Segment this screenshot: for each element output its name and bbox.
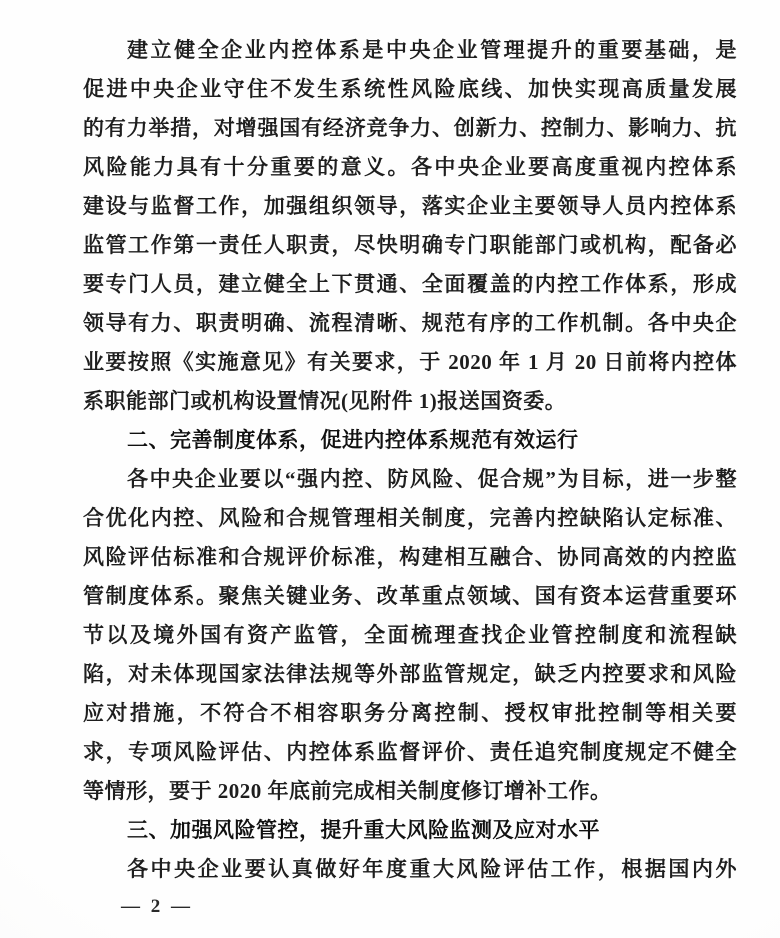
text-line: 促进中央企业守住不发生系统性风险底线、加快实现高质量发展 bbox=[83, 70, 737, 109]
text-line: 合优化内控、风险和合规管理相关制度，完善内控缺陷认定标准、 bbox=[83, 499, 737, 538]
text-line: 系职能部门或机构设置情况(见附件 1)报送国资委。 bbox=[83, 382, 737, 421]
text-line: 监管工作第一责任人职责，尽快明确专门职能部门或机构，配备必 bbox=[83, 226, 737, 265]
page-number: — 2 — bbox=[121, 893, 193, 921]
text-line: 建设与监督工作，加强组织领导，落实企业主要领导人员内控体系 bbox=[83, 187, 737, 226]
text-line: 节以及境外国有资产监管，全面梳理查找企业管控制度和流程缺 bbox=[83, 616, 737, 655]
document-page: 建立健全企业内控体系是中央企业管理提升的重要基础，是 促进中央企业守住不发生系统… bbox=[0, 0, 780, 938]
section-heading-2: 二、完善制度体系，促进内控体系规范有效运行 bbox=[83, 421, 737, 460]
text-line: 等情形，要于 2020 年底前完成相关制度修订增补工作。 bbox=[83, 772, 737, 811]
text-line: 建立健全企业内控体系是中央企业管理提升的重要基础，是 bbox=[83, 31, 737, 70]
text-line: 业要按照《实施意见》有关要求，于 2020 年 1 月 20 日前将内控体 bbox=[83, 343, 737, 382]
text-line: 各中央企业要认真做好年度重大风险评估工作，根据国内外 bbox=[83, 850, 737, 889]
text-line: 应对措施，不符合不相容职务分离控制、授权审批控制等相关要 bbox=[83, 694, 737, 733]
text-line: 求，专项风险评估、内控体系监督评价、责任追究制度规定不健全 bbox=[83, 733, 737, 772]
text-line: 的有力举措，对增强国有经济竞争力、创新力、控制力、影响力、抗 bbox=[83, 109, 737, 148]
text-line: 风险评估标准和合规评价标准，构建相互融合、协同高效的内控监 bbox=[83, 538, 737, 577]
text-line: 管制度体系。聚焦关键业务、改革重点领域、国有资本运营重要环 bbox=[83, 577, 737, 616]
text-line: 陷，对未体现国家法律法规等外部监管规定，缺乏内控要求和风险 bbox=[83, 655, 737, 694]
text-line: 要专门人员，建立健全上下贯通、全面覆盖的内控工作体系，形成 bbox=[83, 265, 737, 304]
document-text-column: 建立健全企业内控体系是中央企业管理提升的重要基础，是 促进中央企业守住不发生系统… bbox=[83, 31, 737, 889]
section-heading-3: 三、加强风险管控，提升重大风险监测及应对水平 bbox=[83, 811, 737, 850]
text-line: 风险能力具有十分重要的意义。各中央企业要高度重视内控体系 bbox=[83, 148, 737, 187]
text-line: 领导有力、职责明确、流程清晰、规范有序的工作机制。各中央企 bbox=[83, 304, 737, 343]
text-line: 各中央企业要以“强内控、防风险、促合规”为目标，进一步整 bbox=[83, 460, 737, 499]
